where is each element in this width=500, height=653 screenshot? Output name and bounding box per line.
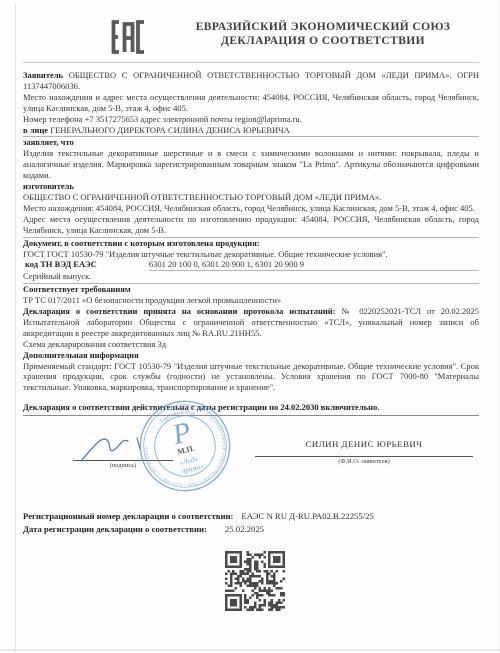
product-description: Изделия текстильные декоративные шерстян… [23,148,479,181]
manufacturer-name: ОБЩЕСТВО С ОГРАНИЧЕННОЙ ОТВЕТСТВЕННОСТЬЮ… [23,192,479,203]
declaration-scheme: Схема декларирования соответствия 3д [23,339,479,350]
signature-area: (подпись) СИЛИН ДЕНИС ЮРЬЕВИЧ (Ф.И.О. за… [23,430,479,492]
production-address: Адрес места осуществления деятельности п… [23,214,479,238]
declares-label: заявляет, что [23,137,479,148]
additional-info-label: Дополнительная информация [23,350,479,361]
applicant-contacts: Номер телефона +7 3517275653 адрес элект… [23,114,479,125]
tnved-codes: 6301 20 100 0, 6301 20 900 1, 6301 20 90… [149,259,479,271]
title-line2: ДЕКЛАРАЦИЯ О СООТВЕТСТВИИ [163,34,483,48]
registration-block: Регистрационный номер декларации о соотв… [23,510,479,535]
release-type: Серийный выпуск. [23,271,479,284]
qr-code [225,551,285,611]
tnved-row: код ТН ВЭД ЕАЭС 6301 20 100 0, 6301 20 9… [23,259,479,271]
registration-number-row: Регистрационный номер декларации о соотв… [23,510,479,523]
technical-regulation: ТР ТС 017/2011 «О безопасности продукции… [23,295,479,306]
registration-number: ЕАЭС N RU Д-RU.РА02.В.22255/25 [241,511,373,521]
declarant-name-line [255,456,473,457]
manufacturer-address: Место нахождения: 454084, РОССИЯ, Челяби… [23,203,479,214]
applicant-label: Заявитель [23,70,63,80]
title-line1: ЕВРАЗИЙСКИЙ ЭКОНОМИЧЕСКИЙ СОЮЗ [163,20,483,34]
applicant-paragraph: Заявитель ОБЩЕСТВО С ОГРАНИЧЕННОЙ ОТВЕТС… [23,70,479,92]
additional-info: Применяемый стандарт: ГОСТ 10530-79 "Изд… [23,361,479,394]
scan-edge-left [15,4,16,651]
registration-date-label: Дата регистрации декларации о соответств… [23,524,207,534]
document-body: Заявитель ОБЩЕСТВО С ОГРАНИЧЕННОЙ ОТВЕТС… [23,70,479,416]
complies-label: Соответствует требованиям [23,284,479,295]
tnved-label: код ТН ВЭД ЕАЭС [23,259,97,270]
registration-date: 25.02.2025 [225,524,264,534]
basis-paragraph: Декларация о соответствии принята на осн… [23,306,479,339]
represented-by-label: в лице [23,125,48,135]
company-stamp: • ОБЩЕСТВО С ОГРАНИЧЕННОЙ ОТВЕТСТВЕННОСТ… [137,398,233,494]
manufacturer-label: изготовитель [23,181,479,192]
eac-mark-icon [109,18,146,61]
declarant-name-caption: (Ф.И.О. заявителя) [255,458,473,465]
document-content: ЕВРАЗИЙСКИЙ ЭКОНОМИЧЕСКИЙ СОЮЗ ДЕКЛАРАЦИ… [23,0,479,535]
gost-standard: ГОСТ ГОСТ 10530-79 "Изделия штучные текс… [23,249,479,260]
document-basis-label: Документ, в соответствии с которым изгот… [23,238,479,249]
validity-statement: Декларация о соответствии действительна … [23,402,479,416]
scan-edge-bottom [0,649,500,651]
basis-label: Декларация о соответствии принята на осн… [23,306,336,316]
declarant-name: СИЛИН ДЕНИС ЮРЬЕВИЧ [255,439,473,449]
document-title: ЕВРАЗИЙСКИЙ ЭКОНОМИЧЕСКИЙ СОЮЗ ДЕКЛАРАЦИ… [163,13,483,48]
header-divider [23,62,479,63]
represented-by-row: в лице ГЕНЕРАЛЬНОГО ДИРЕКТОРА СИЛИНА ДЕН… [23,125,479,138]
registration-date-row: Дата регистрации декларации о соответств… [23,523,479,536]
applicant-address: Место нахождения и адрес места осуществл… [23,92,479,114]
declaration-document: ЕВРАЗИЙСКИЙ ЭКОНОМИЧЕСКИЙ СОЮЗ ДЕКЛАРАЦИ… [0,0,500,653]
registration-number-label: Регистрационный номер декларации о соотв… [23,511,233,521]
declarant-name-block: СИЛИН ДЕНИС ЮРЬЕВИЧ (Ф.И.О. заявителя) [255,430,473,492]
document-header: ЕВРАЗИЙСКИЙ ЭКОНОМИЧЕСКИЙ СОЮЗ ДЕКЛАРАЦИ… [23,13,479,61]
